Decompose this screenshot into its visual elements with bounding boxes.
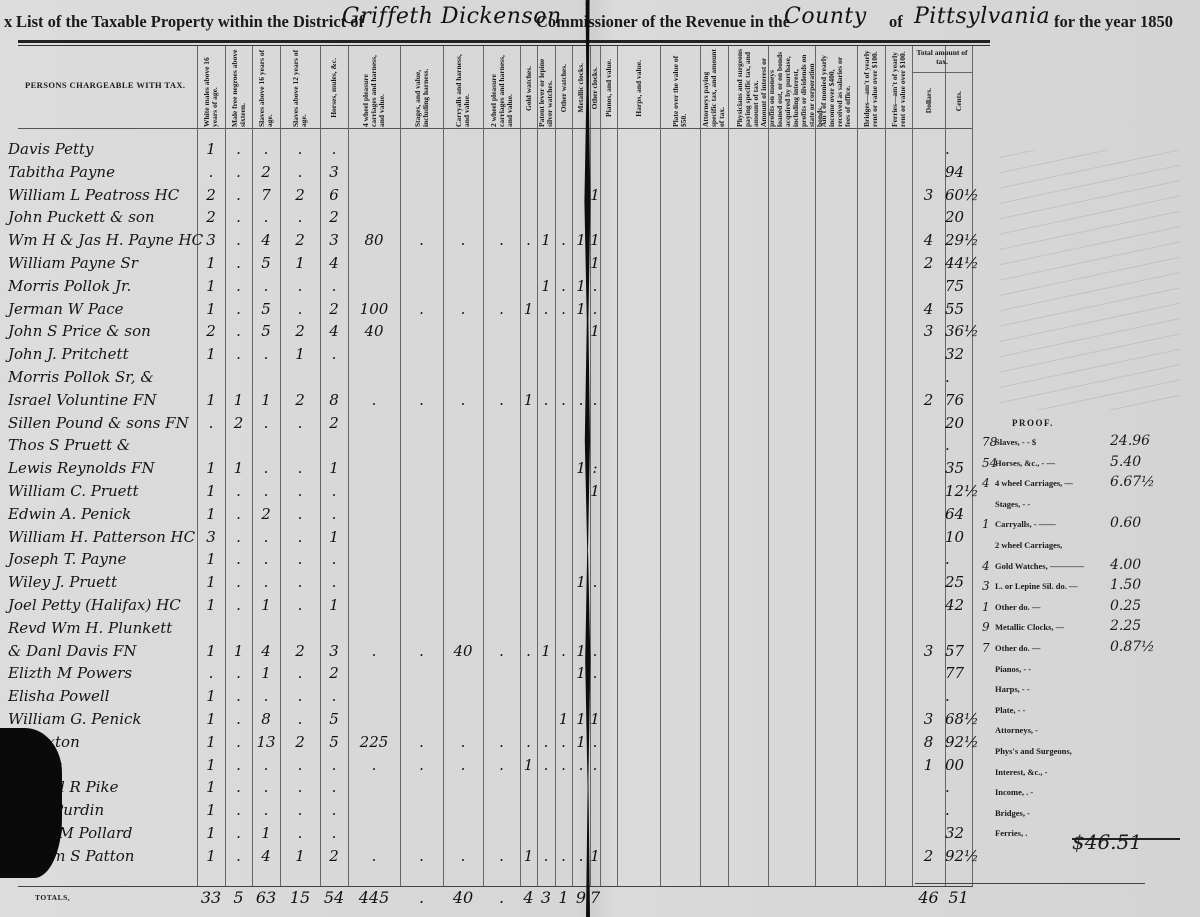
cell-stages: . xyxy=(400,300,443,318)
cell-cents: 77 xyxy=(945,664,975,682)
cell-white-males: 1 xyxy=(197,778,225,796)
taxpayer-name: William C. Pruett xyxy=(8,482,139,500)
cell-free-negroes: . xyxy=(225,687,252,705)
cell-other-watches: . xyxy=(555,231,572,249)
total-cents: 51 xyxy=(945,888,972,907)
column-header-plate: Plate over the value of $50. xyxy=(660,48,700,128)
tax-ledger-page: x List of the Taxable Property within th… xyxy=(0,0,1200,917)
cell-horses: 3 xyxy=(320,231,348,249)
proof-label: Ferries, . xyxy=(995,828,1027,838)
proof-label: Bridges, - xyxy=(995,808,1030,818)
cell-free-negroes: 1 xyxy=(225,642,252,660)
cell-horses: . xyxy=(320,277,348,295)
column-header-bridges: Bridges—am't of yearly rent or value ove… xyxy=(857,48,885,128)
taxpayer-name: Joel Petty (Halifax) HC xyxy=(8,596,181,614)
cell-free-negroes: . xyxy=(225,254,252,272)
cell-cents: 68½ xyxy=(945,710,975,728)
cell-cents: 60½ xyxy=(945,186,975,204)
cell-lever-watches: . xyxy=(537,300,555,318)
table-row: Lewis Reynolds FN11..11:35 xyxy=(0,459,975,481)
cell-slaves12: . xyxy=(280,482,320,500)
cell-horses: 2 xyxy=(320,300,348,318)
cell-carriages4: . xyxy=(348,642,400,660)
proof-item: 54Horses, &c., - —5.40 xyxy=(995,458,1200,476)
cell-free-negroes: . xyxy=(225,756,252,774)
cell-slaves16: . xyxy=(252,277,280,295)
taxpayer-name: John J. Pritchett xyxy=(8,345,129,363)
county-word: County xyxy=(784,4,867,29)
cell-horses: . xyxy=(320,505,348,523)
cell-dollars: 1 xyxy=(912,756,945,774)
taxpayer-name: John S Price & son xyxy=(8,322,151,340)
cell-slaves16: 5 xyxy=(252,300,280,318)
cell-slaves16: 2 xyxy=(252,505,280,523)
proof-value: 24.96 xyxy=(1110,433,1150,449)
taxpayer-name: William H. Patterson HC xyxy=(8,528,195,546)
cell-slaves12: . xyxy=(280,300,320,318)
total-other-watches: 1 xyxy=(555,888,572,907)
cell-slaves12: 2 xyxy=(280,322,320,340)
cell-free-negroes: . xyxy=(225,550,252,568)
table-row: & Danl Davis FN11423..40..1.1.357 xyxy=(0,642,975,664)
cell-slaves16: 8 xyxy=(252,710,280,728)
proof-label: Stages, - - xyxy=(995,499,1030,509)
proof-item: 44 wheel Carriages, —6.67½ xyxy=(995,478,1200,496)
total-carriages4: 445 xyxy=(348,888,400,907)
cell-horses: 8 xyxy=(320,391,348,409)
table-row: Morris Pollok Jr.1....1.1.75 xyxy=(0,277,975,299)
cell-slaves16: 1 xyxy=(252,596,280,614)
proof-label: Other do. — xyxy=(995,643,1040,653)
cell-other-clocks: 1 xyxy=(590,322,600,340)
cell-lever-watches: . xyxy=(537,733,555,751)
cell-slaves16: 1 xyxy=(252,664,280,682)
cell-other-clocks: . xyxy=(590,733,600,751)
taxpayer-name: Thos S Pruett & xyxy=(8,436,130,454)
sum-rule xyxy=(915,883,1145,884)
proof-label: Interest, &c., - xyxy=(995,767,1047,777)
cell-free-negroes: . xyxy=(225,322,252,340)
column-header-interest: Amount of interest or profits on moneys … xyxy=(768,48,815,128)
cell-slaves16: 13 xyxy=(252,733,280,751)
cell-free-negroes: . xyxy=(225,277,252,295)
proof-label: 4 wheel Carriages, — xyxy=(995,478,1073,488)
cell-cents: 76 xyxy=(945,391,975,409)
cell-other-watches: . xyxy=(555,756,572,774)
taxpayer-name: Sillen Pound & sons FN xyxy=(8,414,189,432)
cell-cents: . xyxy=(945,801,975,819)
persons-column-header: PERSONS CHARGEABLE WITH TAX. xyxy=(25,80,185,90)
cell-other-clocks: . xyxy=(590,300,600,318)
cell-stages: . xyxy=(400,847,443,865)
cell-slaves16: 7 xyxy=(252,186,280,204)
table-row: Edwin A. Penick1.2..64 xyxy=(0,505,975,527)
cell-cents: 44½ xyxy=(945,254,975,272)
cell-slaves12: . xyxy=(280,277,320,295)
cell-horses: . xyxy=(320,140,348,158)
cell-free-negroes: . xyxy=(225,528,252,546)
cell-carriages4: 225 xyxy=(348,733,400,751)
cell-horses: . xyxy=(320,824,348,842)
column-header-other-clocks: Other clocks. xyxy=(590,48,600,128)
cell-lever-watches: . xyxy=(537,391,555,409)
column-header-horses: Horses, mules, &c. xyxy=(320,48,348,128)
cell-white-males: 1 xyxy=(197,710,225,728)
cell-other-clocks: . xyxy=(590,277,600,295)
cell-cents: 92½ xyxy=(945,847,975,865)
cell-gold-watches: 1 xyxy=(520,391,537,409)
proof-item: 3L. or Lepine Sil. do. —1.50 xyxy=(995,581,1200,599)
cell-other-clocks: 1 xyxy=(590,186,600,204)
cell-white-males: 1 xyxy=(197,847,225,865)
cell-slaves12: . xyxy=(280,505,320,523)
column-header-free-negroes: Male free negroes above sixteen. xyxy=(225,48,252,128)
cell-horses: 4 xyxy=(320,254,348,272)
cell-slaves16: 1 xyxy=(252,824,280,842)
table-row: Joel Petty (Halifax) HC1.1.142 xyxy=(0,596,975,618)
cell-horses: . xyxy=(320,482,348,500)
cell-slaves16: . xyxy=(252,459,280,477)
cell-free-negroes: . xyxy=(225,186,252,204)
proof-item: Phys's and Surgeons, xyxy=(995,746,1200,764)
total-slaves12: 15 xyxy=(280,888,320,907)
taxpayer-name: Revd Wm H. Plunkett xyxy=(8,619,172,637)
cell-stages: . xyxy=(400,391,443,409)
cell-horses: . xyxy=(320,756,348,774)
cell-free-negroes: . xyxy=(225,733,252,751)
table-row: William S Patton1.412....1...1292½ xyxy=(0,847,975,869)
cell-white-males: 1 xyxy=(197,596,225,614)
cell-white-males: 1 xyxy=(197,277,225,295)
proof-item: 4Gold Watches, ————4.00 xyxy=(995,561,1200,579)
cell-white-males: 1 xyxy=(197,573,225,591)
cell-slaves16: 4 xyxy=(252,847,280,865)
cell-slaves12: 2 xyxy=(280,186,320,204)
proof-item: 1Other do. —0.25 xyxy=(995,602,1200,620)
cell-horses: 2 xyxy=(320,847,348,865)
total-stages: . xyxy=(400,888,443,907)
cell-cents: . xyxy=(945,140,975,158)
taxpayer-name: William G. Penick xyxy=(8,710,142,728)
cell-cents: 36½ xyxy=(945,322,975,340)
cell-slaves16: . xyxy=(252,778,280,796)
cell-slaves16: . xyxy=(252,345,280,363)
cell-cents: . xyxy=(945,687,975,705)
cell-gold-watches: 1 xyxy=(520,756,537,774)
table-row: Elizth M Powers..1.21.77 xyxy=(0,664,975,686)
cell-other-watches: . xyxy=(555,277,572,295)
cell-white-males: 1 xyxy=(197,642,225,660)
title-mark: x xyxy=(4,12,12,32)
cell-white-males: . xyxy=(197,163,225,181)
column-header-carriages2: 2 wheel pleasure carriages and harness, … xyxy=(483,48,520,128)
cell-white-males: 1 xyxy=(197,505,225,523)
cell-slaves16: . xyxy=(252,550,280,568)
cell-horses: . xyxy=(320,573,348,591)
cell-free-negroes: . xyxy=(225,505,252,523)
cell-slaves12: . xyxy=(280,756,320,774)
table-row: William L Peatross HC2.7261360½ xyxy=(0,186,975,208)
cell-dollars: 2 xyxy=(912,847,945,865)
cell-carriages4: . xyxy=(348,756,400,774)
cell-carriages2: . xyxy=(483,756,520,774)
title-middle: Commissioner of the Revenue in the xyxy=(536,12,790,32)
proof-value: 6.67½ xyxy=(1110,474,1155,490)
proof-value: 0.60 xyxy=(1110,515,1141,531)
column-header-attorneys: Attorneys paying specific tax, and amoun… xyxy=(700,48,728,128)
cell-horses: . xyxy=(320,778,348,796)
ink-blot-damage xyxy=(0,728,62,878)
proof-label: Harps, - - xyxy=(995,684,1030,694)
column-header-carriages4: 4 wheel pleasure carriages and harness, … xyxy=(348,48,400,128)
cell-carryalls: . xyxy=(443,231,483,249)
cell-cents: . xyxy=(945,550,975,568)
cell-cents: 64 xyxy=(945,505,975,523)
table-row: Revd Wm H. Plunkett xyxy=(0,619,975,641)
table-row: John Puckett & son2...220 xyxy=(0,208,975,230)
title-year: for the year 1850 xyxy=(1054,12,1173,32)
cell-dollars: 3 xyxy=(912,642,945,660)
table-row: John S Price & son2.524401336½ xyxy=(0,322,975,344)
total-free-negroes: 5 xyxy=(225,888,252,907)
proof-mark: 4 xyxy=(982,476,990,490)
table-row: John J. Pritchett1..1.32 xyxy=(0,345,975,367)
cell-slaves12: 1 xyxy=(280,847,320,865)
cell-other-clocks: 1 xyxy=(590,847,600,865)
cell-cents: 94 xyxy=(945,163,975,181)
cell-horses: 2 xyxy=(320,414,348,432)
cell-slaves12: . xyxy=(280,687,320,705)
cell-horses: 4 xyxy=(320,322,348,340)
proof-label: Pianos, - - xyxy=(995,664,1031,674)
cell-white-males: 3 xyxy=(197,528,225,546)
cell-white-males: 1 xyxy=(197,801,225,819)
cell-white-males: . xyxy=(197,414,225,432)
column-header-gold-watches: Gold watches. xyxy=(520,48,537,128)
cell-white-males: 1 xyxy=(197,687,225,705)
cell-slaves16: . xyxy=(252,528,280,546)
table-row: W Paxton1.1325225......1.892½ xyxy=(0,733,975,755)
cell-carriages2: . xyxy=(483,231,520,249)
proof-item: 7Other do. —0.87½ xyxy=(995,643,1200,661)
cell-slaves12: . xyxy=(280,163,320,181)
cell-free-negroes: 1 xyxy=(225,391,252,409)
proof-item: 1Carryalls, - ——0.60 xyxy=(995,519,1200,537)
cents-header: Cents. xyxy=(945,74,972,128)
cell-slaves16: 4 xyxy=(252,642,280,660)
cell-horses: 1 xyxy=(320,459,348,477)
column-header-income: Am't of monied yearly income over $400, … xyxy=(815,48,857,128)
cell-slaves16: . xyxy=(252,140,280,158)
cell-slaves12: . xyxy=(280,140,320,158)
cell-free-negroes: . xyxy=(225,847,252,865)
column-header-slaves12: Slaves above 12 years of age. xyxy=(280,48,320,128)
total-tax-header: Total amount of tax. xyxy=(912,48,972,66)
cell-slaves16: . xyxy=(252,573,280,591)
cell-slaves12: . xyxy=(280,459,320,477)
taxpayer-name: Morris Pollok Sr, & xyxy=(8,368,154,386)
proof-item: 78Slaves, - - $24.96 xyxy=(995,437,1200,455)
cell-carriages2: . xyxy=(483,642,520,660)
cell-horses: 6 xyxy=(320,186,348,204)
cell-cents: 25 xyxy=(945,573,975,591)
column-header-ferries: Ferries—am't of yearly rent or value ove… xyxy=(885,48,912,128)
header-rule-thin xyxy=(18,45,990,46)
cell-white-males: 1 xyxy=(197,824,225,842)
document-title: x List of the Taxable Property within th… xyxy=(4,2,1194,38)
cell-free-negroes: . xyxy=(225,345,252,363)
cell-other-clocks: . xyxy=(590,573,600,591)
proof-label: L. or Lepine Sil. do. — xyxy=(995,581,1078,591)
cell-other-clocks: : xyxy=(590,459,600,477)
proof-label: Slaves, - - $ xyxy=(995,437,1036,447)
table-row: William Payne Sr1.5141244½ xyxy=(0,254,975,276)
table-row: Joseph T. Payne1..... xyxy=(0,550,975,572)
taxpayer-name: William L Peatross HC xyxy=(8,186,179,204)
cell-dollars: 2 xyxy=(912,254,945,272)
totals-rule xyxy=(18,886,973,887)
proof-item: Interest, &c., - xyxy=(995,767,1200,785)
cell-horses: 1 xyxy=(320,528,348,546)
cell-slaves12: . xyxy=(280,778,320,796)
cell-cents: 32 xyxy=(945,345,975,363)
cell-cents: 20 xyxy=(945,208,975,226)
header-bottom-rule xyxy=(18,128,973,129)
cell-slaves16: . xyxy=(252,482,280,500)
proof-label: Metallic Clocks, — xyxy=(995,622,1064,632)
cell-cents: 10 xyxy=(945,528,975,546)
table-row: Sillen Pound & sons FN.2..220 xyxy=(0,414,975,436)
proof-value: 0.87½ xyxy=(1110,639,1155,655)
cell-cents: 29½ xyxy=(945,231,975,249)
cell-slaves12: 1 xyxy=(280,254,320,272)
taxpayer-name: Elisha Powell xyxy=(8,687,109,705)
table-row: William G. Penick1.8.5111368½ xyxy=(0,710,975,732)
cell-slaves16: . xyxy=(252,687,280,705)
cell-free-negroes: . xyxy=(225,664,252,682)
proof-value: 5.40 xyxy=(1110,454,1141,470)
proof-mark: 1 xyxy=(982,517,990,531)
cell-other-clocks: 1 xyxy=(590,231,600,249)
cell-carryalls: . xyxy=(443,847,483,865)
cell-other-watches: . xyxy=(555,642,572,660)
taxpayer-name: Elizth M Powers xyxy=(8,664,132,682)
cell-slaves16: 5 xyxy=(252,254,280,272)
cell-other-clocks: 1 xyxy=(590,482,600,500)
table-row: P Price1........1....100 xyxy=(0,756,975,778)
cell-free-negroes: . xyxy=(225,300,252,318)
cell-free-negroes: 2 xyxy=(225,414,252,432)
cell-horses: 3 xyxy=(320,642,348,660)
cell-slaves12: . xyxy=(280,414,320,432)
proof-value: 0.25 xyxy=(1110,598,1141,614)
taxpayer-name: Tabitha Payne xyxy=(8,163,115,181)
taxpayer-name: William Payne Sr xyxy=(8,254,138,272)
proof-label: Other do. — xyxy=(995,602,1040,612)
cell-white-males: 1 xyxy=(197,733,225,751)
grand-total: $46.51 xyxy=(1072,830,1142,854)
cell-slaves16: 1 xyxy=(252,391,280,409)
column-header-other-watches: Other watches. xyxy=(555,48,572,128)
proof-value: 4.00 xyxy=(1110,557,1141,573)
cell-lever-watches: 1 xyxy=(537,642,555,660)
cell-horses: 2 xyxy=(320,208,348,226)
table-row: Wm H & Jas H. Payne HC3.42380....1.11429… xyxy=(0,231,975,253)
cell-dollars: 3 xyxy=(912,186,945,204)
cell-carriages4: 40 xyxy=(348,322,400,340)
cell-gold-watches: . xyxy=(520,231,537,249)
cell-cents: 92½ xyxy=(945,733,975,751)
cell-horses: 5 xyxy=(320,733,348,751)
cell-white-males: 2 xyxy=(197,322,225,340)
cell-white-males: 1 xyxy=(197,756,225,774)
cell-slaves16: 5 xyxy=(252,322,280,340)
proof-item: Bridges, - xyxy=(995,808,1200,826)
table-row: James M Pollard1.1..32 xyxy=(0,824,975,846)
total-slaves16: 63 xyxy=(252,888,280,907)
cell-lever-watches: 1 xyxy=(537,277,555,295)
proof-mark: 7 xyxy=(982,641,990,655)
column-header-lever-watches: Patent lever or lepine silver watches. xyxy=(537,48,555,128)
cell-white-males: 1 xyxy=(197,482,225,500)
cell-white-males: 3 xyxy=(197,231,225,249)
cell-white-males: 1 xyxy=(197,345,225,363)
cell-free-negroes: . xyxy=(225,596,252,614)
cell-dollars: 4 xyxy=(912,300,945,318)
cell-horses: . xyxy=(320,801,348,819)
proof-value: 1.50 xyxy=(1110,577,1141,593)
cell-cents: . xyxy=(945,368,975,386)
cell-stages: . xyxy=(400,733,443,751)
cell-free-negroes: . xyxy=(225,710,252,728)
proof-mark: 3 xyxy=(982,579,990,593)
proof-item: Stages, - - xyxy=(995,499,1200,517)
column-header-stages: Stages, and value, including harness. xyxy=(400,48,443,128)
table-row: Davis Petty1..... xyxy=(0,140,975,162)
table-row: Jerman W Pace1.5.2100...1..1.455 xyxy=(0,300,975,322)
cell-slaves12: 2 xyxy=(280,391,320,409)
cell-white-males: 1 xyxy=(197,254,225,272)
cell-dollars: 3 xyxy=(912,322,945,340)
proof-item: 2 wheel Carriages, xyxy=(995,540,1200,558)
cell-other-clocks: 1 xyxy=(590,710,600,728)
cell-gold-watches: . xyxy=(520,733,537,751)
cell-slaves16: . xyxy=(252,414,280,432)
cell-free-negroes: . xyxy=(225,824,252,842)
bleed-through-ink xyxy=(1000,150,1180,410)
taxpayer-name: Davis Petty xyxy=(8,140,94,158)
cell-white-males: 2 xyxy=(197,208,225,226)
cell-carriages4: 100 xyxy=(348,300,400,318)
taxpayer-name: Wm H & Jas H. Payne HC xyxy=(8,231,203,249)
total-other-clocks: 7 xyxy=(590,888,600,907)
title-prefix: List of the Taxable Property within the … xyxy=(16,12,364,32)
proof-label: Carryalls, - —— xyxy=(995,519,1056,529)
taxpayer-name: Edwin A. Penick xyxy=(8,505,131,523)
cell-free-negroes: . xyxy=(225,573,252,591)
proof-label: Horses, &c., - — xyxy=(995,458,1055,468)
cell-carriages4: 80 xyxy=(348,231,400,249)
cell-free-negroes: . xyxy=(225,140,252,158)
cell-horses: 5 xyxy=(320,710,348,728)
title-of: of xyxy=(889,12,903,32)
cell-other-clocks: 1 xyxy=(590,254,600,272)
taxpayer-name: John Puckett & son xyxy=(8,208,155,226)
proof-label: Phys's and Surgeons, xyxy=(995,746,1072,756)
cell-other-watches: . xyxy=(555,847,572,865)
taxpayer-name: Jerman W Pace xyxy=(8,300,123,318)
cell-cents: 00 xyxy=(945,756,975,774)
